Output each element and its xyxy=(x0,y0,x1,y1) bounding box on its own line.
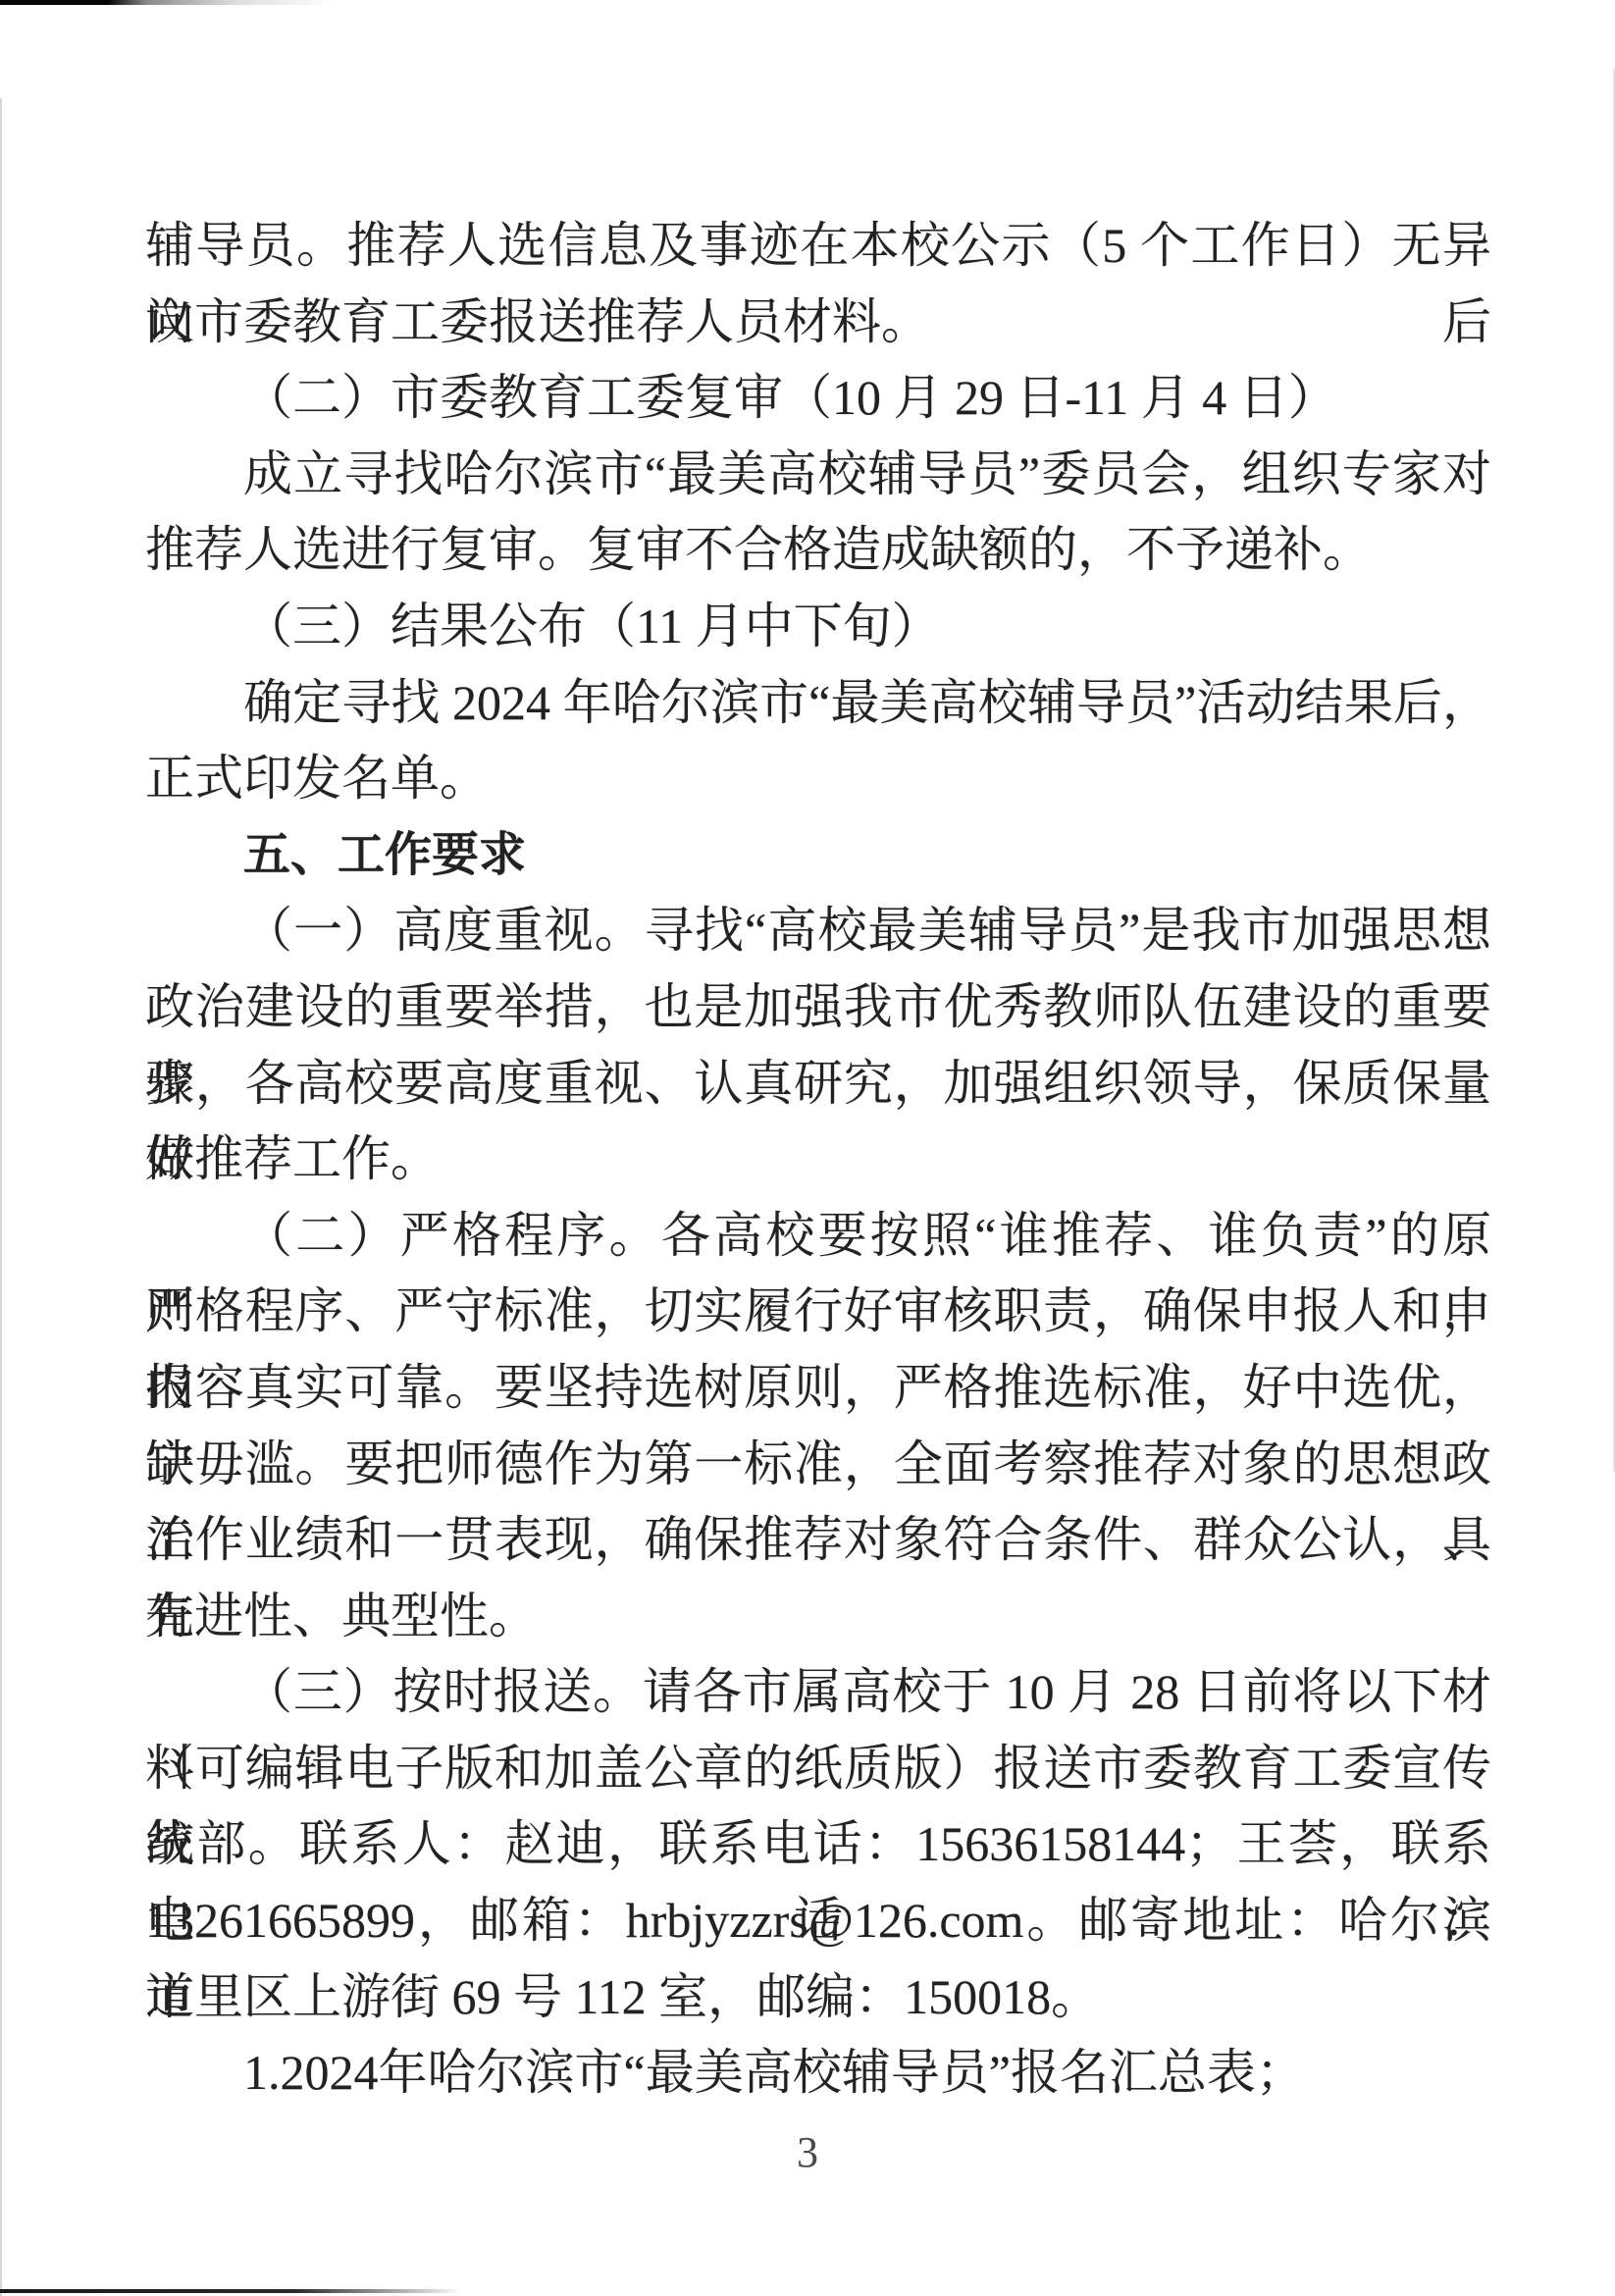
scan-artifact-left-edge xyxy=(0,98,2,2296)
text-line: 政治建设的重要举措，也是加强我市优秀教师队伍建设的重要步 xyxy=(145,969,1491,1046)
scan-artifact-top-edge xyxy=(0,0,334,5)
text-line: 成立寻找哈尔滨市“最美高校辅导员”委员会，组织专家对 xyxy=(145,437,1491,513)
text-line: 13261665899，邮箱：hrbjyzzrs@126.com。邮寄地址：哈尔… xyxy=(145,1883,1491,1959)
text-line: 骤，各高校要高度重视、认真研究，加强组织领导，保质保量做 xyxy=(145,1046,1491,1122)
text-line: 确定寻找 2024 年哈尔滨市“最美高校辅导员”活动结果后， xyxy=(145,665,1491,742)
text-line: 好推荐工作。 xyxy=(145,1122,1491,1198)
text-line: 战部。联系人：赵迪，联系电话：15636158144；王荟，联系电话： xyxy=(145,1806,1491,1883)
text-line: （二）市委教育工委复审（10 月 29 日-11 月 4 日） xyxy=(145,360,1491,437)
text-line: 推荐人选进行复审。复审不合格造成缺额的，不予递补。 xyxy=(145,512,1491,589)
document-body: 辅导员。推荐人选信息及事迹在本校公示（5 个工作日）无异议后向市委教育工委报送推… xyxy=(145,208,1491,2112)
page-number: 3 xyxy=(0,2127,1615,2177)
document-page: 辅导员。推荐人选信息及事迹在本校公示（5 个工作日）无异议后向市委教育工委报送推… xyxy=(0,0,1615,2296)
text-line: （三）按时报送。请各市属高校于 10 月 28 日前将以下材料 xyxy=(145,1654,1491,1731)
text-line: （三）结果公布（11 月中下旬） xyxy=(145,589,1491,665)
text-line: 工作业绩和一贯表现，确保推荐对象符合条件、群众公认，具有 xyxy=(145,1502,1491,1579)
text-line: 缺毋滥。要把师德作为第一标准，全面考察推荐对象的思想政治、 xyxy=(145,1427,1491,1503)
scan-artifact-bottom-edge xyxy=(0,2289,461,2293)
text-line: 正式印发名单。 xyxy=(145,741,1491,817)
text-line: 辅导员。推荐人选信息及事迹在本校公示（5 个工作日）无异议后 xyxy=(145,208,1491,285)
text-line: 1.2024年哈尔滨市“最美高校辅导员”报名汇总表； xyxy=(145,2035,1491,2112)
text-line: 先进性、典型性。 xyxy=(145,1579,1491,1655)
text-line: （二）严格程序。各高校要按照“谁推荐、谁负责”的原则， xyxy=(145,1198,1491,1275)
text-line: 严格程序、严守标准，切实履行好审核职责，确保申报人和申报 xyxy=(145,1274,1491,1350)
text-line: （可编辑电子版和加盖公章的纸质版）报送市委教育工委宣传统 xyxy=(145,1731,1491,1807)
text-line: 道里区上游街 69 号 112 室，邮编：150018。 xyxy=(145,1959,1491,2036)
text-line: 内容真实可靠。要坚持选树原则，严格推选标准，好中选优，宁 xyxy=(145,1350,1491,1427)
text-line: （一）高度重视。寻找“高校最美辅导员”是我市加强思想 xyxy=(145,893,1491,969)
section-heading: 五、工作要求 xyxy=(145,817,1491,894)
